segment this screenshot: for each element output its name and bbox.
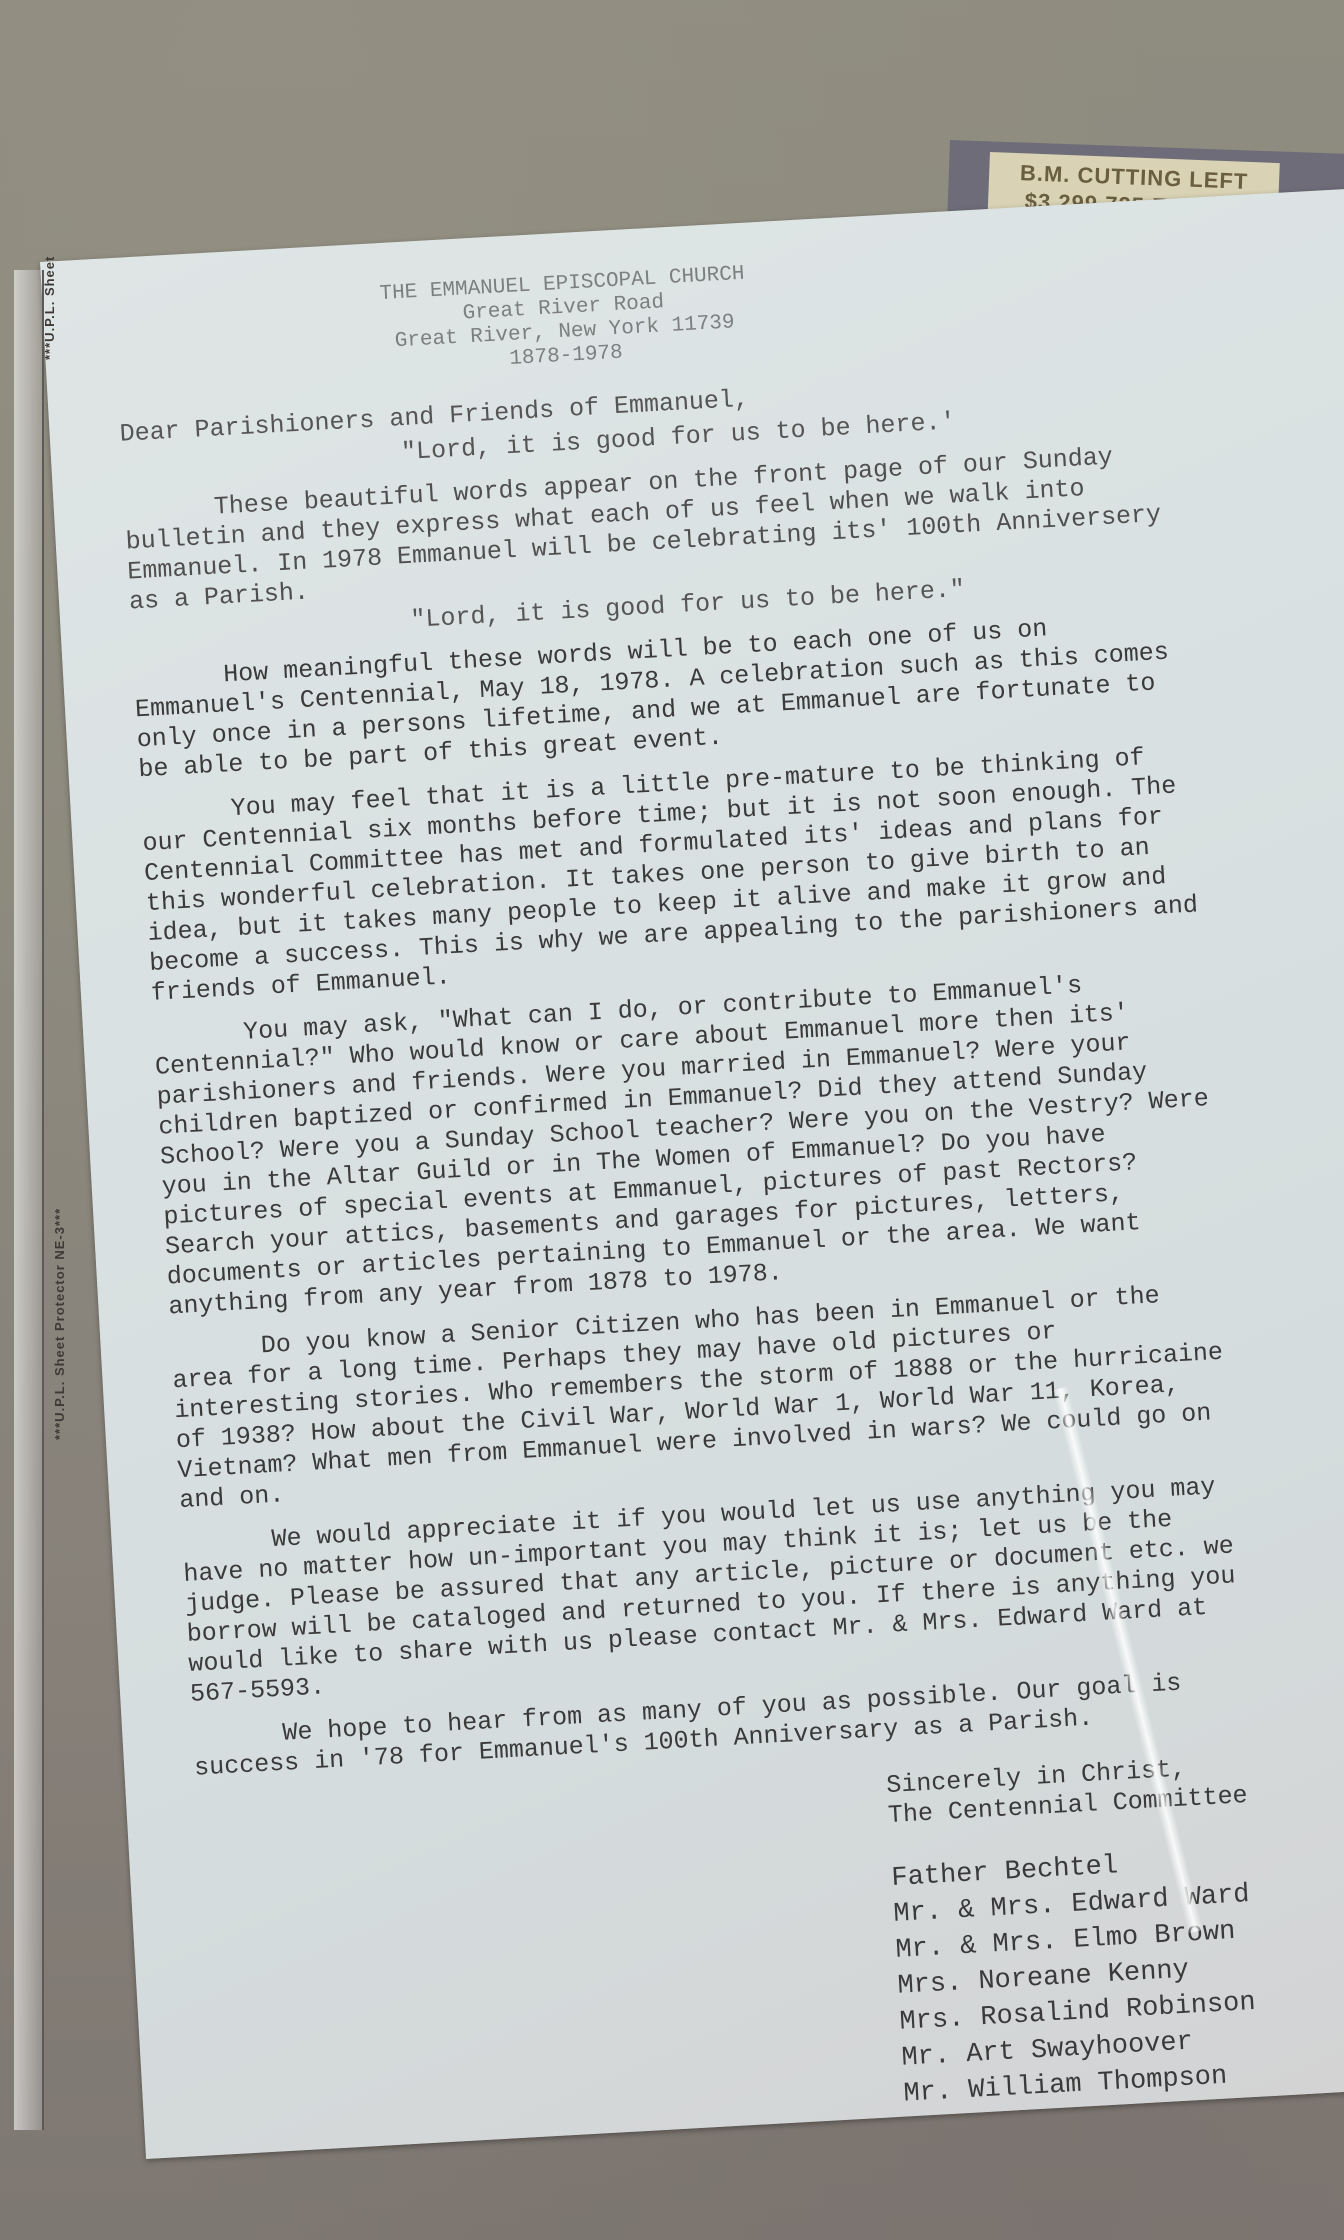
signer-list: Father Bechtel Mr. & Mrs. Edward Ward Mr… [891, 1834, 1344, 2113]
sheet-protector-edge [14, 270, 44, 2130]
letter-sheet: THE EMMANUEL EPISCOPAL CHURCH Great Rive… [40, 186, 1344, 2159]
letter-paragraph: You may ask, "What can I do, or contribu… [153, 964, 1228, 1323]
letter-closing: Sincerely in Christ, The Centennial Comm… [886, 1744, 1344, 1831]
letter-content: THE EMMANUEL EPISCOPAL CHURCH Great Rive… [112, 232, 1344, 2151]
sheet-protector-label-top: ***U.P.L. Sheet [42, 256, 57, 360]
letterhead: THE EMMANUEL EPISCOPAL CHURCH Great Rive… [152, 250, 976, 392]
letter-paragraph: You may feel that it is a little pre-mat… [140, 740, 1210, 1009]
sheet-protector-label: ***U.P.L. Sheet Protector NE-3*** [52, 1208, 67, 1440]
